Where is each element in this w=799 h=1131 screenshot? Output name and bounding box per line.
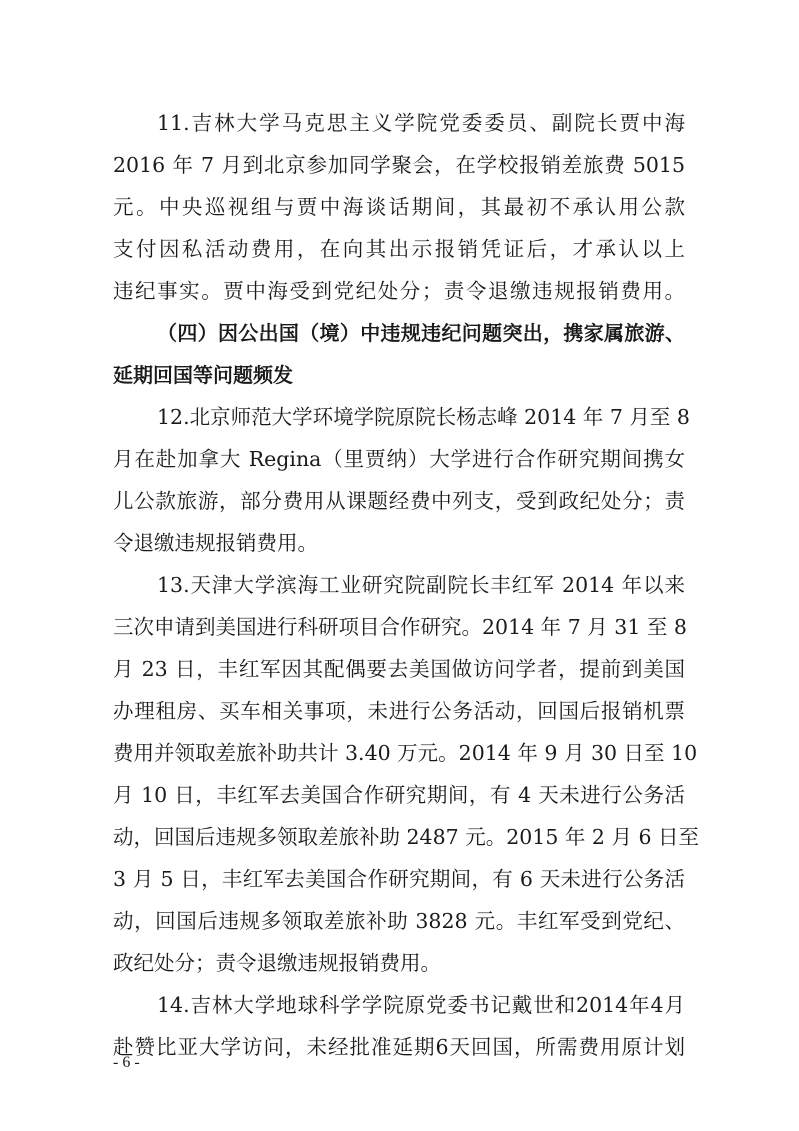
paragraph-11-line-2: 2016 年 7 月到北京参加同学聚会，在学校报销差旅费 5015 xyxy=(113,144,685,186)
paragraph-11-line-4: 支付因私活动费用，在向其出示报销凭证后，才承认以上 xyxy=(113,228,685,270)
paragraph-13-line-1: 13.天津大学滨海工业研究院副院长丰红军 2014 年以来 xyxy=(113,564,685,606)
paragraph-12-line-1: 12.北京师范大学环境学院原院长杨志峰 2014 年 7 月至 8 xyxy=(113,396,685,438)
paragraph-11-line-1: 11.吉林大学马克思主义学院党委委员、副院长贾中海 xyxy=(113,102,685,144)
paragraph-12-line-3: 儿公款旅游，部分费用从课题经费中列支，受到政纪处分；责 xyxy=(113,480,685,522)
page-number: - 6 - xyxy=(113,1054,140,1072)
paragraph-12-line-4: 令退缴违规报销费用。 xyxy=(113,522,685,564)
paragraph-13-line-10: 政纪处分；责令退缴违规报销费用。 xyxy=(113,942,685,984)
section-heading-4-line-2: 延期回国等问题频发 xyxy=(113,354,685,396)
paragraph-13-line-8: 3 月 5 日，丰红军去美国合作研究期间，有 6 天未进行公务活 xyxy=(113,858,685,900)
paragraph-13-line-9: 动，回国后违规多领取差旅补助 3828 元。丰红军受到党纪、 xyxy=(113,900,685,942)
paragraph-13-line-3: 月 23 日，丰红军因其配偶要去美国做访问学者，提前到美国 xyxy=(113,648,685,690)
paragraph-13-line-5: 费用并领取差旅补助共计 3.40 万元。2014 年 9 月 30 日至 10 xyxy=(113,732,685,774)
paragraph-13-line-4: 办理租房、买车相关事项，未进行公务活动，回国后报销机票 xyxy=(113,690,685,732)
paragraph-14-line-1: 14.吉林大学地球科学学院原党委书记戴世和2014年4月 xyxy=(113,984,685,1026)
paragraph-12-line-2: 月在赴加拿大 Regina（里贾纳）大学进行合作研究期间携女 xyxy=(113,438,685,480)
paragraph-13-line-6: 月 10 日，丰红军去美国合作研究期间，有 4 天未进行公务活 xyxy=(113,774,685,816)
paragraph-13-line-2: 三次申请到美国进行科研项目合作研究。2014 年 7 月 31 至 8 xyxy=(113,606,685,648)
section-heading-4-line-1: （四）因公出国（境）中违规违纪问题突出，携家属旅游、 xyxy=(113,312,685,354)
paragraph-13-line-7: 动，回国后违规多领取差旅补助 2487 元。2015 年 2 月 6 日至 xyxy=(113,816,685,858)
paragraph-11-line-5: 违纪事实。贾中海受到党纪处分；责令退缴违规报销费用。 xyxy=(113,270,685,312)
document-body: 11.吉林大学马克思主义学院党委委员、副院长贾中海 2016 年 7 月到北京参… xyxy=(113,102,685,1068)
paragraph-14-line-2: 赴赞比亚大学访问，未经批准延期6天回国，所需费用原计划 xyxy=(113,1026,685,1068)
paragraph-11-line-3: 元。中央巡视组与贾中海谈话期间，其最初不承认用公款 xyxy=(113,186,685,228)
